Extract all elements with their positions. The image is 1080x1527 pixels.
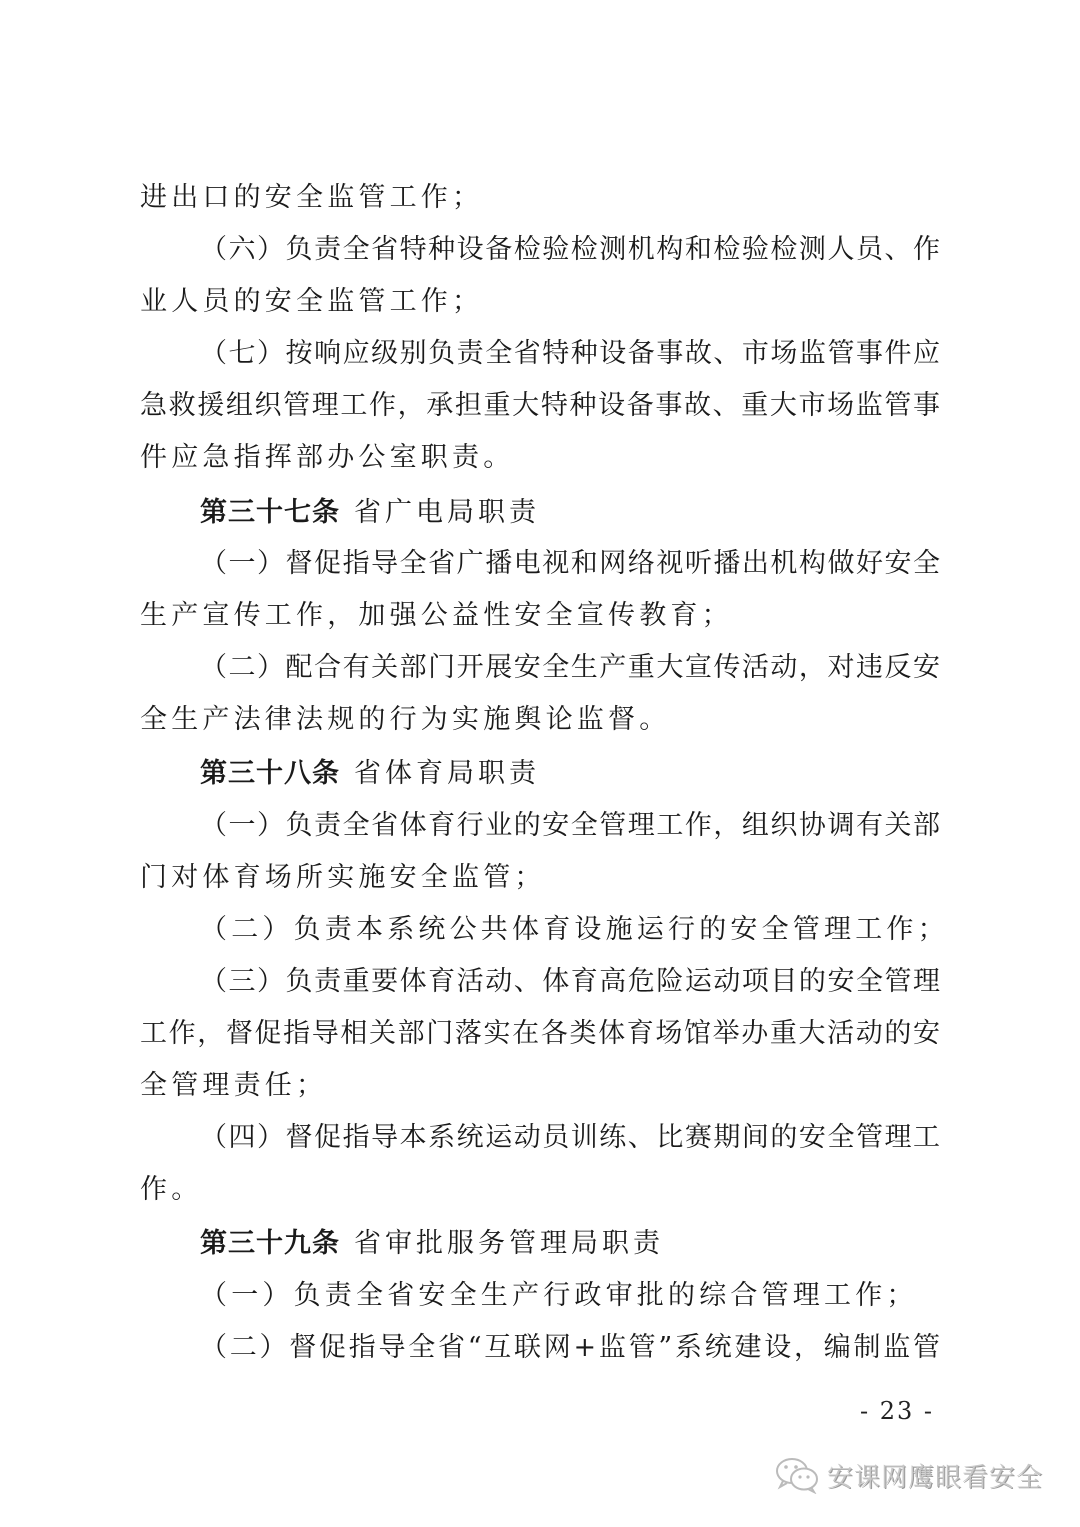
paragraph-line: （二）负责本系统公共体育设施运行的安全管理工作； (200, 914, 940, 946)
paragraph-line: （二）督促指导全省“互联网+监管”系统建设，编制监管 (200, 1332, 940, 1364)
page-number: - 23 - (860, 1396, 934, 1426)
article-heading: 第三十九条省审批服务管理局职责 (200, 1228, 940, 1260)
paragraph-line: 全管理责任； (140, 1070, 940, 1102)
article-title: 省广电局职责 (354, 497, 540, 528)
paragraph-line: （一）负责全省安全生产行政审批的综合管理工作； (200, 1280, 940, 1312)
paragraph-line: 急救援组织管理工作，承担重大特种设备事故、重大市场监管事 (140, 390, 940, 422)
paragraph-line: （二）配合有关部门开展安全生产重大宣传活动，对违反安 (200, 652, 940, 684)
paragraph-line: 工作，督促指导相关部门落实在各类体育场馆举办重大活动的安 (140, 1018, 940, 1050)
watermark-text: 安课网鹰眼看安全 (827, 1457, 1043, 1494)
paragraph-line: （六）负责全省特种设备检验检测机构和检验检测人员、作 (200, 234, 940, 266)
article-heading: 第三十八条省体育局职责 (200, 758, 940, 790)
paragraph-line: （一）负责全省体育行业的安全管理工作，组织协调有关部 (200, 810, 940, 842)
document-page: 进出口的安全监管工作；（六）负责全省特种设备检验检测机构和检验检测人员、作业人员… (0, 0, 1080, 1527)
article-number: 第三十九条 (200, 1228, 340, 1259)
article-number: 第三十七条 (200, 497, 340, 528)
paragraph-line: 门对体育场所实施安全监管； (140, 862, 940, 894)
article-title: 省体育局职责 (354, 758, 540, 789)
paragraph-line: 业人员的安全监管工作； (140, 286, 940, 318)
paragraph-line: （三）负责重要体育活动、体育高危险运动项目的安全管理 (200, 966, 940, 998)
watermark: 安课网鹰眼看安全 (775, 1455, 1043, 1495)
article-heading: 第三十七条省广电局职责 (200, 497, 940, 529)
wechat-icon (775, 1456, 821, 1494)
paragraph-line: 生产宣传工作，加强公益性安全宣传教育； (140, 600, 940, 632)
paragraph-line: （七）按响应级别负责全省特种设备事故、市场监管事件应 (200, 338, 940, 370)
paragraph-line: 作。 (140, 1174, 940, 1206)
article-title: 省审批服务管理局职责 (354, 1228, 664, 1259)
paragraph-line: （一）督促指导全省广播电视和网络视听播出机构做好安全 (200, 548, 940, 580)
paragraph-line: 进出口的安全监管工作； (140, 182, 940, 214)
article-number: 第三十八条 (200, 758, 340, 789)
paragraph-line: 件应急指挥部办公室职责。 (140, 442, 940, 474)
paragraph-line: 全生产法律法规的行为实施舆论监督。 (140, 704, 940, 736)
paragraph-line: （四）督促指导本系统运动员训练、比赛期间的安全管理工 (200, 1122, 940, 1154)
